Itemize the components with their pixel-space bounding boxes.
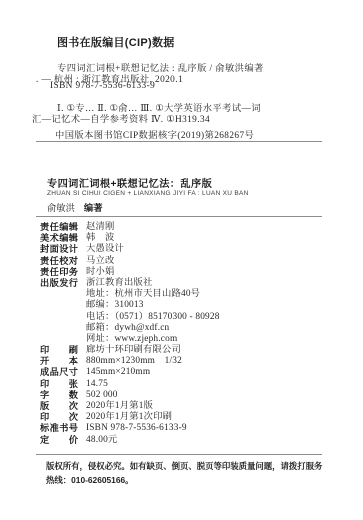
row-value: 邮编：310013 [86,300,144,311]
colophon-row: 印张 14.75 [40,379,220,390]
copyright-page: 图书在版编目(CIP)数据 专四词汇词根+联想记忆法 : 乱序版 / 俞敏洪编著… [0,0,363,520]
row-label [40,334,78,345]
divider-bottom [36,454,322,455]
colophon-row: 定价 48.00元 [40,435,220,446]
copyright-notice: 版权所有，侵权必究。如有缺页、倒页、脱页等印装质量问题，请拨打服务 热线：010… [46,460,326,487]
colophon-row: 开本 880mm×1230mm 1/32 [40,356,220,367]
row-value: 2020年1月第1次印刷 [86,412,172,423]
colophon-row: 邮箱：dywh@xdf.cn [40,323,220,334]
row-value: 邮箱：dywh@xdf.cn [86,323,169,334]
colophon-list: 责任编辑 赵清刚 美术编辑 韩 波 封面设计 大愚设计 责任校对 马立改 责任印… [40,222,220,446]
row-value: 502 000 [86,390,118,401]
colophon-row: 出版发行 浙江教育出版社 [40,278,220,289]
colophon-row: 标准书号 ISBN 978-7-5536-6133-9 [40,423,220,434]
row-label [40,289,78,300]
row-value: 廊坊十环印刷有限公司 [86,345,181,356]
row-value: 电话：（0571）85170300 - 80928 [86,312,220,323]
row-label [40,323,78,334]
row-value: 2020年1月第1版 [86,401,153,412]
colophon-row: 责任编辑 赵清刚 [40,222,220,233]
row-value: 赵清刚 [86,222,115,233]
row-value: 地址：杭州市天目山路40号 [86,289,200,300]
cip-classification-line-2: 汇—记忆术—自学参考资料 Ⅳ. ①H319.34 [32,111,210,125]
row-value: 浙江教育出版社 [86,278,152,289]
row-label: 印次 [40,412,78,423]
row-value: 网址：www.zjeph.com [86,334,177,345]
row-label: 成品尺寸 [40,367,78,378]
row-value: 14.75 [86,379,108,390]
divider-middle [36,216,322,217]
copyright-line-2: 热线：010-62605166。 [46,474,326,488]
row-value: 马立改 [86,256,115,267]
colophon-row: 封面设计 大愚设计 [40,244,220,255]
row-value: 大愚设计 [86,244,124,255]
colophon-row: 地址：杭州市天目山路40号 [40,289,220,300]
colophon-row: 网址：www.zjeph.com [40,334,220,345]
cip-record-number: 中国版本图书馆CIP数据核字(2019)第268267号 [55,127,254,141]
row-value: ISBN 978-7-5536-6133-9 [86,423,187,434]
row-label: 封面设计 [40,244,78,255]
row-label: 印刷 [40,345,78,356]
row-label: 责任编辑 [40,222,78,233]
colophon-row: 印次 2020年1月第1次印刷 [40,412,220,423]
row-value: 韩 波 [86,233,115,244]
book-title: 专四词汇词根+联想记忆法：乱序版 [47,175,212,190]
book-title-pinyin: ZHUAN SI CIHUI CIGEN + LIANXIANG JIYI FA… [47,190,249,197]
colophon-row: 字数 502 000 [40,390,220,401]
row-label: 版次 [40,401,78,412]
row-label: 责任印务 [40,267,78,278]
row-label: 字数 [40,390,78,401]
colophon-row: 责任印务 时小娟 [40,267,220,278]
colophon-row: 责任校对 马立改 [40,256,220,267]
row-value: 时小娟 [86,267,115,278]
row-label: 责任校对 [40,256,78,267]
cip-entry-line-3: ISBN 978-7-5536-6133-9 [50,81,155,91]
colophon-row: 印刷 廊坊十环印刷有限公司 [40,345,220,356]
row-label [40,312,78,323]
colophon-row: 邮编：310013 [40,300,220,311]
cip-header: 图书在版编目(CIP)数据 [57,34,175,50]
row-label [40,300,78,311]
row-value: 48.00元 [86,435,117,446]
author-name: 俞敏洪 [47,204,75,214]
author-line: 俞敏洪编著 [47,200,103,214]
author-role: 编著 [84,203,103,213]
colophon-row: 电话：（0571）85170300 - 80928 [40,312,220,323]
colophon-row: 版次 2020年1月第1版 [40,401,220,412]
row-label: 出版发行 [40,278,78,289]
colophon-row: 成品尺寸 145mm×210mm [40,367,220,378]
copyright-line-1: 版权所有，侵权必究。如有缺页、倒页、脱页等印装质量问题，请拨打服务 [46,460,326,474]
colophon-row: 美术编辑 韩 波 [40,233,220,244]
row-label: 印张 [40,379,78,390]
row-label: 美术编辑 [40,233,78,244]
row-label: 开本 [40,356,78,367]
row-label: 定价 [40,435,78,446]
row-label: 标准书号 [40,423,78,434]
row-value: 880mm×1230mm 1/32 [86,356,182,367]
row-value: 145mm×210mm [86,367,150,378]
divider-top [36,141,322,142]
